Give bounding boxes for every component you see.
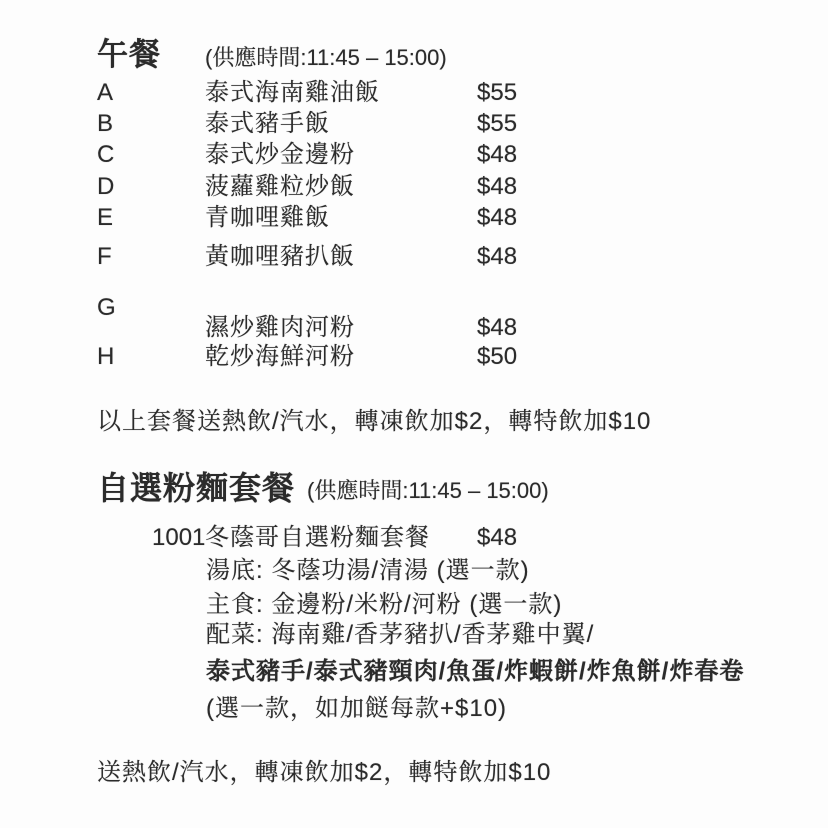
item-name: 泰式豬手飯 [205, 108, 330, 139]
item-code: H [97, 341, 114, 372]
combo-side-options-line2: 泰式豬手/泰式豬頸肉/魚蛋/炸蝦餅/炸魚餅/炸春卷 [206, 656, 744, 687]
item-price: $48 [477, 241, 517, 272]
item-name: 菠蘿雞粒炒飯 [205, 171, 355, 202]
item-code: 1001 [152, 522, 205, 553]
item-code: F [97, 241, 112, 272]
combo-staple-options: 主食: 金邊粉/米粉/河粉 (選一款) [206, 589, 562, 620]
item-name: 乾炒海鮮河粉 [205, 341, 355, 372]
combo-choice-note: (選一款，如加餸每款+$10) [206, 693, 507, 724]
item-code: D [97, 171, 114, 202]
item-name: 冬蔭哥自選粉麵套餐 [205, 522, 430, 553]
item-code: A [97, 77, 113, 108]
item-code: G [97, 292, 116, 323]
combo-serving-hours: (供應時間:11:45 – 15:00) [307, 478, 549, 504]
item-code: B [97, 108, 113, 139]
lunch-section-title: 午餐 [97, 37, 161, 73]
combo-soup-options: 湯底: 冬蔭功湯/清湯 (選一款) [206, 555, 530, 586]
item-price: $48 [477, 202, 517, 233]
item-name: 黃咖哩豬扒飯 [205, 241, 355, 272]
item-name: 泰式海南雞油飯 [205, 77, 380, 108]
item-code: E [97, 202, 113, 233]
item-price: $50 [477, 341, 517, 372]
combo-drinks-note: 送熱飲/汽水，轉凍飲加$2，轉特飲加$10 [97, 757, 551, 788]
lunch-drinks-note: 以上套餐送熱飲/汽水，轉凍飲加$2，轉特飲加$10 [97, 406, 651, 437]
combo-side-options-line1: 配菜: 海南雞/香茅豬扒/香茅雞中翼/ [206, 619, 594, 650]
item-price: $48 [477, 171, 517, 202]
item-name: 泰式炒金邊粉 [205, 139, 355, 170]
item-price: $48 [477, 522, 517, 553]
item-price: $48 [477, 139, 517, 170]
item-price: $55 [477, 108, 517, 139]
item-name: 濕炒雞肉河粉 [205, 312, 355, 343]
combo-section-title: 自選粉麵套餐 [97, 469, 295, 507]
item-price: $55 [477, 77, 517, 108]
item-price: $48 [477, 312, 517, 343]
item-name: 青咖哩雞飯 [205, 202, 330, 233]
lunch-serving-hours: (供應時間:11:45 – 15:00) [205, 45, 447, 71]
item-code: C [97, 139, 114, 170]
menu-page: 午餐 (供應時間:11:45 – 15:00) A 泰式海南雞油飯 $55 B … [0, 0, 828, 828]
